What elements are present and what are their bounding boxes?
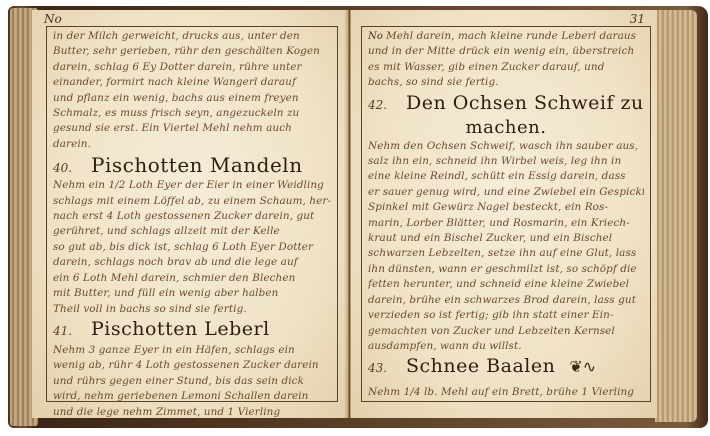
page-frame-right: NoMehl darein, mach kleine runde Leberl … [361,26,651,402]
calligraphic-flourish-icon: ❦∿ [569,357,596,376]
text-line: er sauer genug wird, und eine Zwiebel ei… [368,185,644,200]
text-line: gerühret, und schlags allzeit mit der Ke… [53,224,331,239]
entry-number: 41. [53,324,81,338]
text-line: einander, formirt nach kleine Wangerl da… [53,75,331,90]
text-line: Nehm ein 1/2 Loth Eyer der Eier in einer… [53,178,331,193]
text-line: Schmalz, es muss frisch seyn, angezuckel… [53,106,331,121]
text-line: so gut ab, bis dick ist, schlag 6 Loth E… [53,240,331,255]
recipe-title-continuation: machen. [368,117,644,139]
text-line-content: Mehl darein, mach kleine runde Leberl da… [386,30,636,42]
text-line: mit Butter, und füll ein wenig aber halb… [53,286,331,301]
text-line: fetten herunter, und schneid eine kleine… [368,277,644,292]
text-line: wird, nehm geriebenen Lemoni Schallen da… [53,389,331,404]
text-line: und rührs gegen einer Stund, bis das sei… [53,374,331,389]
text-line: und pflanz ein wenig, bachs aus einem fr… [53,91,331,106]
recipe-title: Schnee Baalen [406,355,555,377]
entry-number: 42. [368,98,396,112]
text-line: Nehm 1/4 lb. Mehl auf ein Brett, brühe 1… [368,385,644,400]
text-line: ausdampfen, wann du willst. [368,339,644,354]
text-line: ihn dünsten, wann er geschmilzt ist, so … [368,262,644,277]
recipe-title: Den Ochsen Schweif zu [406,92,644,114]
text-line: Theil voll in bachs so sind sie fertig. [53,302,331,317]
text-line: ein 6 Loth Mehl darein, schmier den Blec… [53,271,331,286]
text-line: schlags mit einem Löffel ab, zu einem Sc… [53,194,331,209]
right-page-text: NoMehl darein, mach kleine runde Leberl … [368,29,644,399]
text-line: wenig ab, rühr 4 Loth gestossenen Zucker… [53,358,331,373]
text-line: nach erst 4 Loth gestossenen Zucker dare… [53,209,331,224]
text-line: darein, schlag 6 Ey Dotter darein, rühre… [53,60,331,75]
entry-number: 43. [368,361,396,375]
text-line: darein. [53,137,331,152]
folio-number-left: No [44,12,62,26]
recipe-heading-40: 40. Pischotten Mandeln [53,153,331,177]
page-edges-right [655,10,697,422]
folio-number-right: 31 [630,12,645,26]
text-line: verzieden so ist fertig; gib ihn statt e… [368,308,644,323]
text-line: und die lege nehm Zimmet, und 1 Vierling [53,405,331,420]
text-line: NoMehl darein, mach kleine runde Leberl … [368,29,644,44]
text-line: gemachten von Zucker und Lebzelten Kerns… [368,324,644,339]
recipe-title: Pischotten Leberl [91,318,270,340]
entry-number: 40. [53,161,81,175]
text-line: und in der Mitte drück ein wenig ein, üb… [368,44,644,59]
text-line: es mit Wasser, gib einen Zucker darauf, … [368,60,644,75]
text-line: gesund sie erst. Ein Viertel Mehl nehm a… [53,121,331,136]
text-line: salz ihn ein, schneid ihn Wirbel weis, l… [368,154,644,169]
number-mark: No [368,31,383,42]
left-page-text: in der Milch gerweicht, drucks aus, unte… [53,29,331,399]
text-line: bachs, so sind sie fertig. [368,75,644,90]
right-page: 31 NoMehl darein, mach kleine runde Lebe… [350,10,657,418]
recipe-title: Pischotten Mandeln [91,153,303,177]
text-line: eine kleine Reindl, schütt ein Essig dar… [368,169,644,184]
text-line: Nehm den Ochsen Schweif, wasch ihn saube… [368,139,644,154]
recipe-heading-41: 41. Pischotten Leberl [53,318,331,342]
recipe-heading-42: 42. Den Ochsen Schweif zu [368,92,644,116]
recipe-heading-43: 43. Schnee Baalen ❦∿ [368,355,644,379]
text-line: Butter, sehr gerieben, rühr den geschält… [53,44,331,59]
text-line: Nehm 3 ganze Eyer in ein Häfen, schlags … [53,343,331,358]
text-line: Spinkel mit Gewürz Nagel besteckt, ein R… [368,200,644,215]
page-frame-left: in der Milch gerweicht, drucks aus, unte… [46,26,338,402]
text-line: schwarzen Lebzelten, setze ihn auf eine … [368,246,644,261]
text-line: in der Milch gerweicht, drucks aus, unte… [53,29,331,44]
text-line: darein, schlags noch brav ab und die leg… [53,255,331,270]
left-page: No in der Milch gerweicht, drucks aus, u… [32,10,349,418]
text-line: marin, Lorber Blätter, und Rosmarin, ein… [368,216,644,231]
text-line: darein, brühe ein schwarzes Brod darein,… [368,293,644,308]
text-line: kraut und ein Bischel Zucker, und ein Bi… [368,231,644,246]
